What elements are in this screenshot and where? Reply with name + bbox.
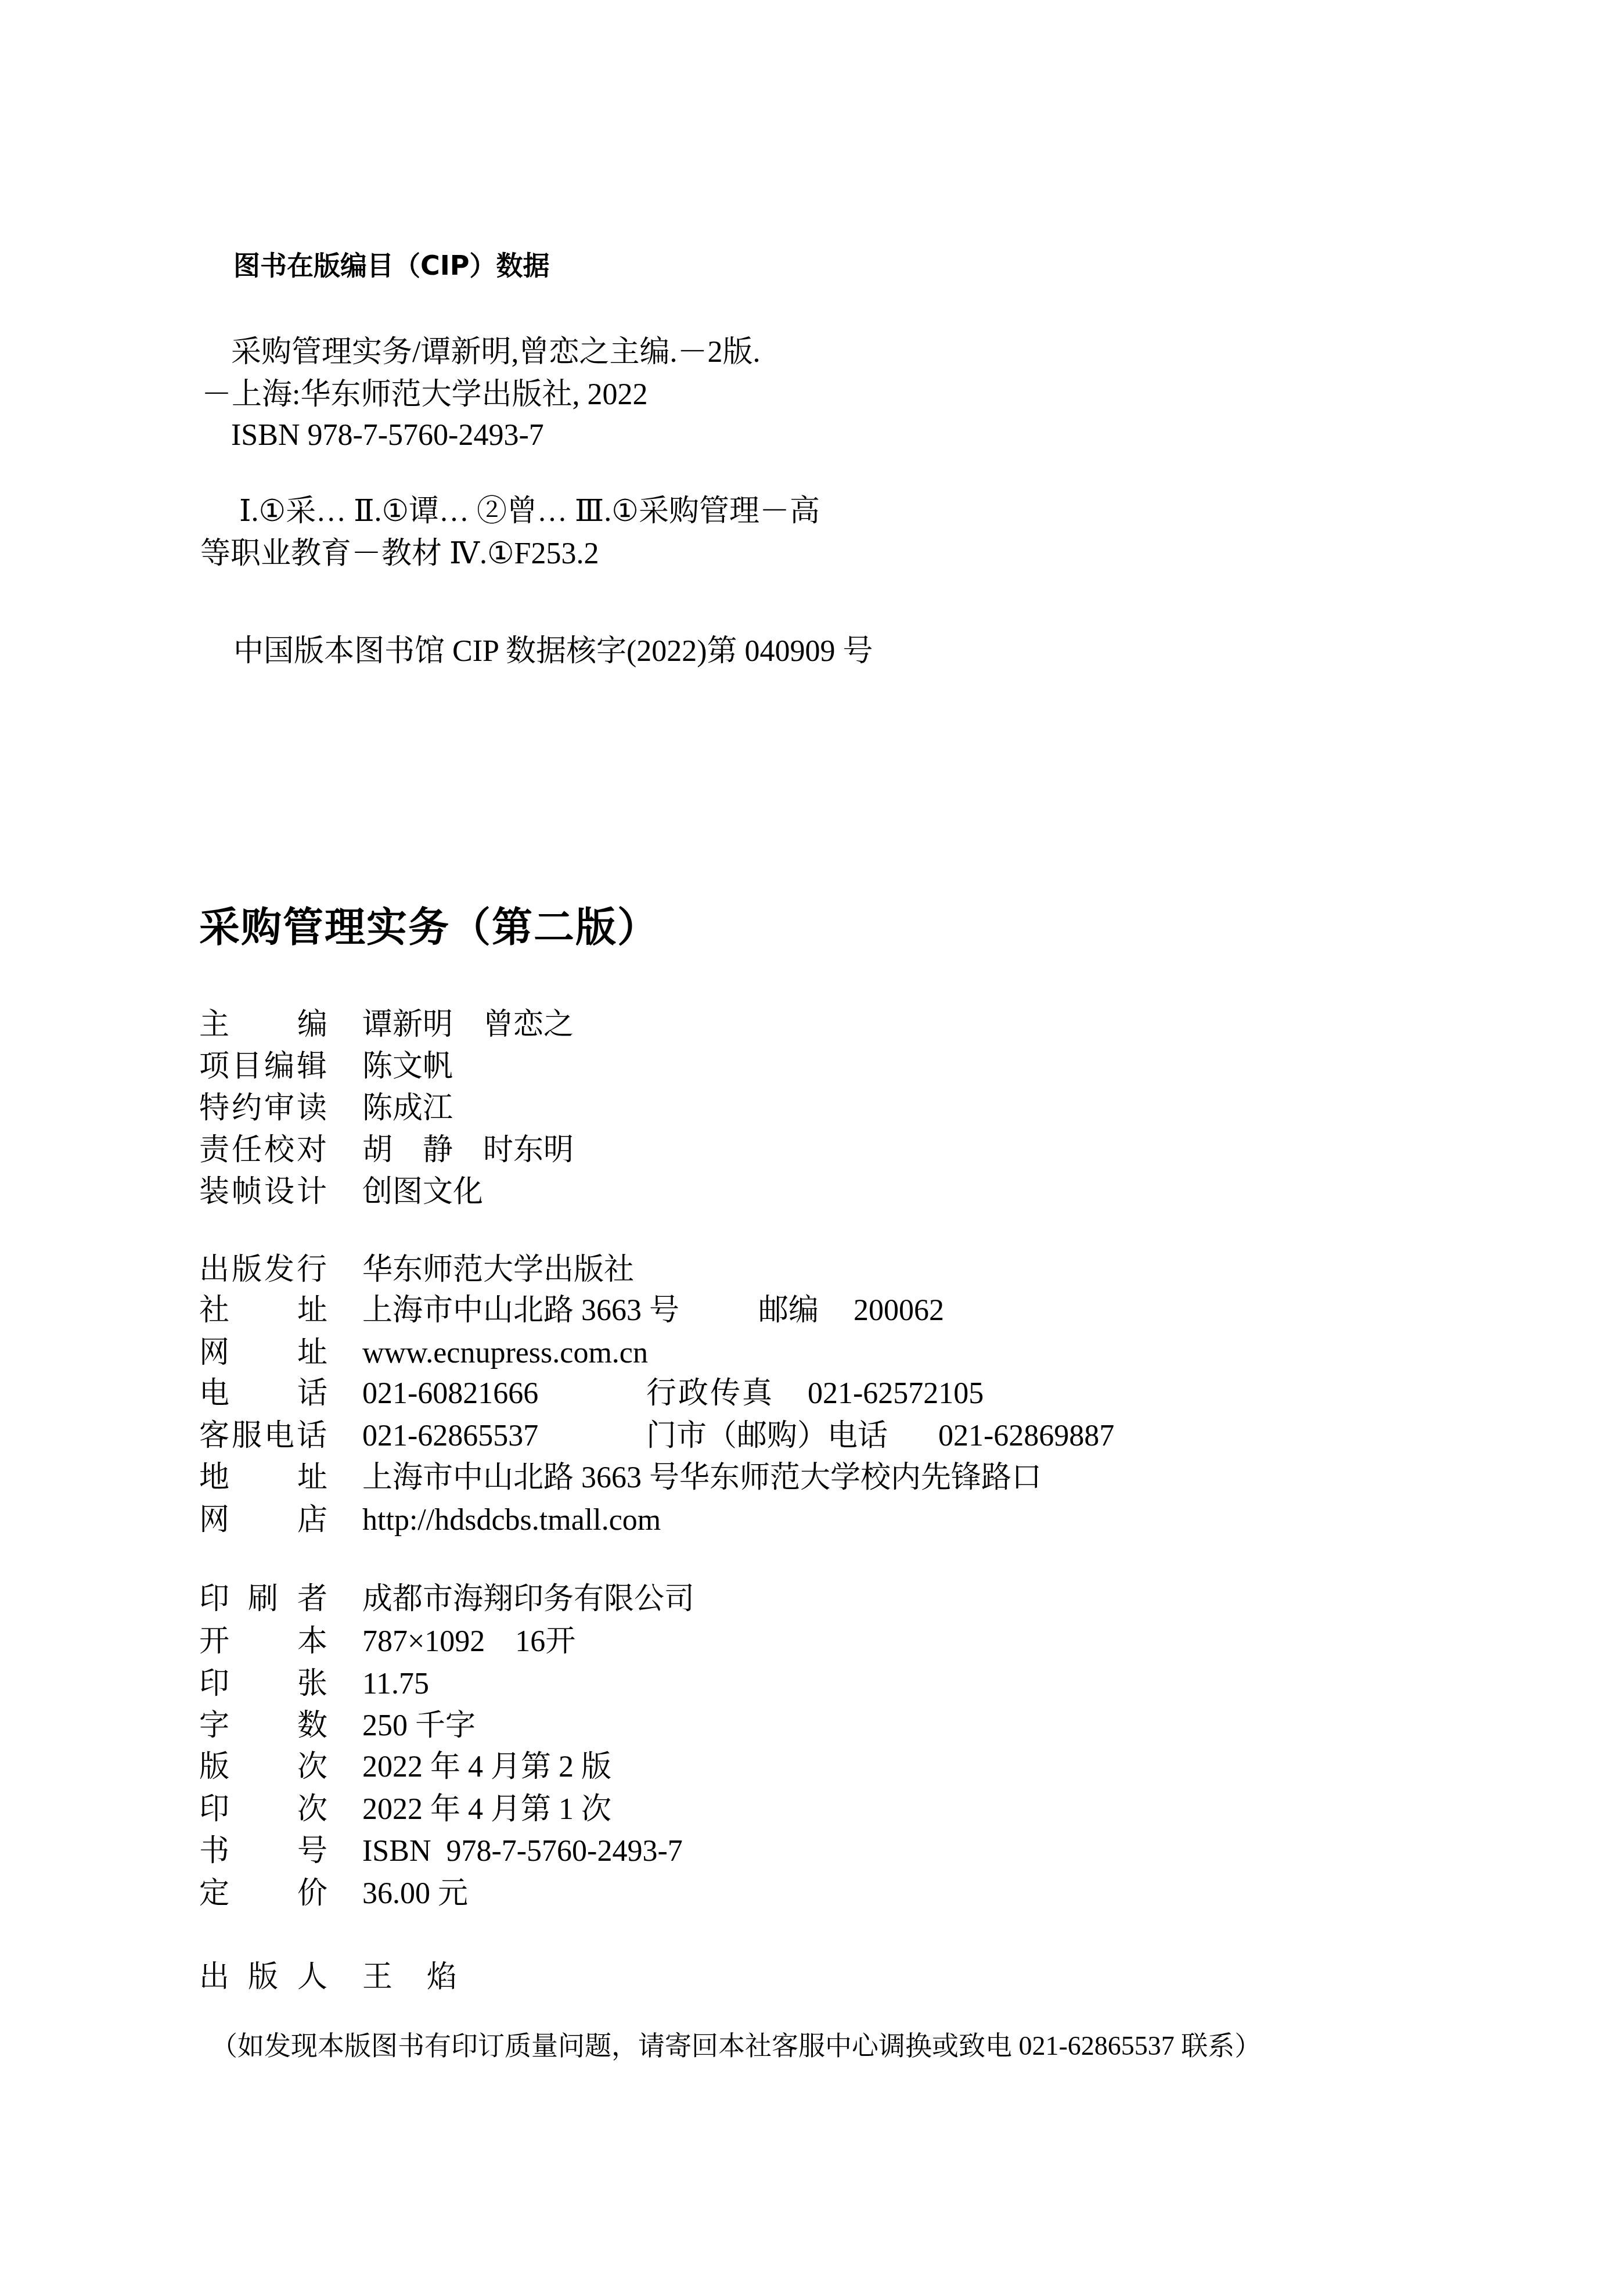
cip-line-2: －上海:华东师范大学出版社, 2022 — [201, 380, 647, 410]
credit-label: 主 — [199, 1010, 229, 1040]
credit-label: 责任校对 — [199, 1135, 329, 1166]
sheets-value: 11.75 — [362, 1669, 429, 1699]
website-label: 网 — [199, 1338, 229, 1368]
isbn-label: 号 — [297, 1836, 327, 1867]
service-phone-value: 021-62865537 — [362, 1421, 538, 1451]
printer-label: 刷 — [248, 1584, 278, 1615]
publisher-label: 出版发行 — [199, 1255, 329, 1285]
format-value: 787×1092 16开 — [362, 1627, 575, 1657]
credit-value: 陈文帆 — [362, 1052, 453, 1082]
website-label: 址 — [297, 1338, 327, 1368]
publisher-person-label: 版 — [248, 1962, 278, 1993]
cip-isbn: ISBN 978-7-5760-2493-7 — [231, 420, 544, 451]
edition-label: 次 — [297, 1752, 327, 1782]
postcode-label: 邮编 — [758, 1296, 819, 1326]
printer-value: 成都市海翔印务有限公司 — [362, 1584, 694, 1615]
price-label: 定 — [199, 1879, 229, 1909]
publisher-person-label: 人 — [297, 1962, 327, 1993]
word-count-label: 数 — [297, 1711, 327, 1741]
store-phone-label: 门市（邮购）电话 — [646, 1421, 888, 1451]
isbn-label: 书 — [199, 1836, 229, 1867]
store-phone-value: 021-62869887 — [938, 1421, 1114, 1451]
website-link[interactable]: www.ecnupress.com.cn — [362, 1338, 648, 1368]
sheets-label: 印 — [199, 1669, 229, 1699]
sheets-label: 张 — [297, 1669, 327, 1699]
word-count-label: 字 — [199, 1711, 229, 1741]
phone-label: 话 — [297, 1379, 327, 1409]
credit-value: 创图文化 — [362, 1177, 483, 1207]
word-count-value: 250 千字 — [362, 1711, 476, 1741]
publisher-person-name: 王 — [362, 1962, 393, 1993]
address-value: 上海市中山北路 3663 号 — [362, 1296, 679, 1326]
credit-label: 装帧设计 — [199, 1177, 329, 1207]
address-label: 址 — [297, 1296, 327, 1326]
location-label: 址 — [297, 1463, 327, 1493]
price-label: 价 — [297, 1879, 327, 1909]
credit-label: 编 — [297, 1010, 327, 1040]
printer-label: 印 — [199, 1584, 229, 1615]
edition-label: 版 — [199, 1752, 229, 1782]
location-label: 地 — [199, 1463, 229, 1493]
cip-classification-1: Ⅰ.①采… Ⅱ.①谭… ②曾… Ⅲ.①采购管理－高 — [239, 497, 820, 527]
book-title: 采购管理实务（第二版） — [199, 907, 659, 948]
quality-notice: （如发现本版图书有印订质量问题，请寄回本社客服中心调换或致电 021-62865… — [211, 2033, 1261, 2059]
phone-value: 021-60821666 — [362, 1379, 538, 1409]
cip-heading: 图书在版编目（CIP）数据 — [233, 252, 550, 279]
credit-value: 胡 静 时东明 — [362, 1135, 574, 1166]
fax-label: 行政传真 — [646, 1379, 774, 1409]
publisher-person-name: 焰 — [427, 1962, 457, 1993]
postcode-value: 200062 — [854, 1296, 944, 1326]
price-value: 36.00 元 — [362, 1879, 468, 1909]
online-store-label: 网 — [199, 1505, 229, 1536]
online-store-link[interactable]: http://hdsdcbs.tmall.com — [362, 1505, 661, 1536]
fax-value: 021-62572105 — [808, 1379, 984, 1409]
credit-value: 陈成江 — [362, 1094, 453, 1124]
publisher-name: 华东师范大学出版社 — [362, 1255, 634, 1285]
address-label: 社 — [199, 1296, 229, 1326]
credit-label: 特约审读 — [199, 1094, 329, 1124]
credit-value: 谭新明 曾恋之 — [362, 1010, 574, 1040]
impression-label: 次 — [297, 1795, 327, 1825]
credit-label: 项目编辑 — [199, 1052, 329, 1082]
impression-value: 2022 年 4 月第 1 次 — [362, 1795, 611, 1825]
service-phone-label: 客服电话 — [199, 1421, 329, 1451]
cip-line-1: 采购管理实务/谭新明,曾恋之主编.－2版. — [231, 337, 760, 368]
location-value: 上海市中山北路 3663 号华东师范大学校内先锋路口 — [362, 1463, 1042, 1493]
publisher-person-label: 出 — [199, 1962, 229, 1993]
printer-label: 者 — [297, 1584, 327, 1615]
format-label: 开 — [199, 1627, 229, 1657]
cip-classification-2: 等职业教育－教材 Ⅳ.①F253.2 — [200, 539, 599, 569]
edition-value: 2022 年 4 月第 2 版 — [362, 1752, 611, 1782]
isbn-value: ISBN 978-7-5760-2493-7 — [362, 1836, 683, 1867]
format-label: 本 — [297, 1627, 327, 1657]
impression-label: 印 — [199, 1795, 229, 1825]
phone-label: 电 — [199, 1379, 229, 1409]
cip-verification: 中国版本图书馆 CIP 数据核字(2022)第 040909 号 — [233, 637, 873, 667]
online-store-label: 店 — [297, 1505, 327, 1536]
